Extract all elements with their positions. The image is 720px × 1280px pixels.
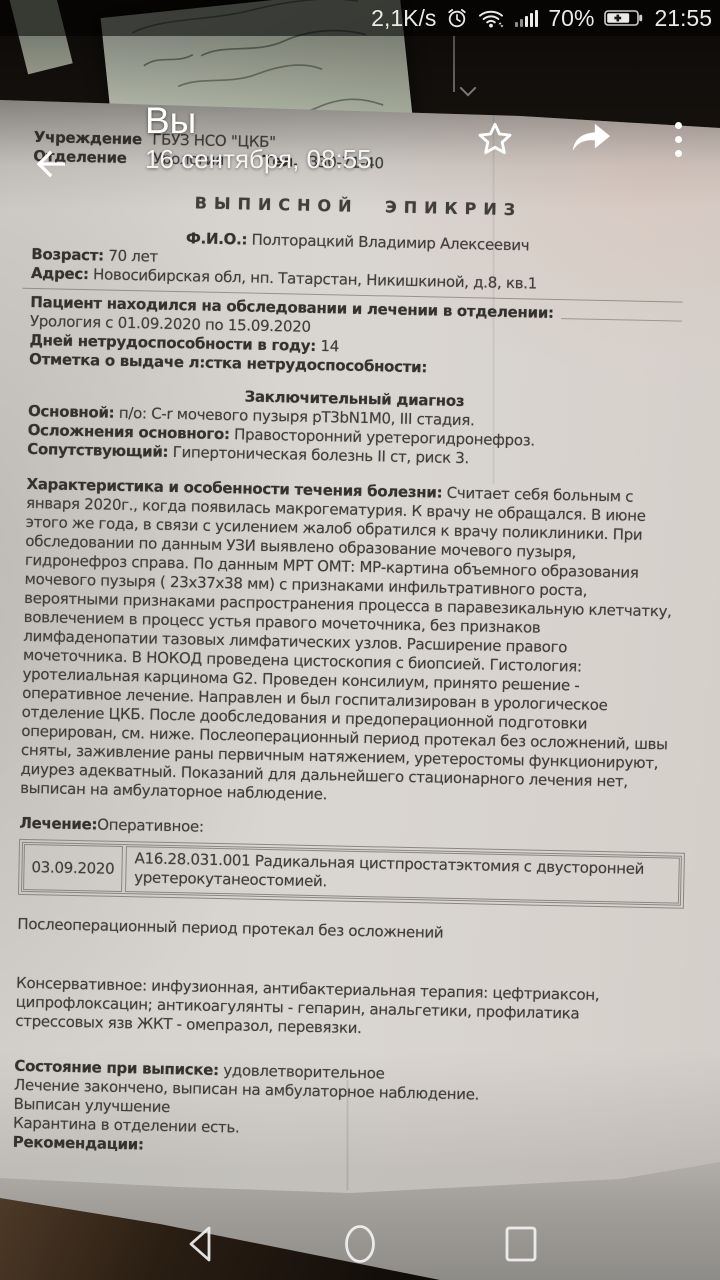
- photo-title: Вы: [145, 100, 196, 142]
- battery-charging-icon: [604, 8, 644, 28]
- document-paper: Учреждение ГБУЗ НСО "ЦКБ" Отделение Урол…: [0, 0, 720, 1280]
- course-paragraph: Характеристика и особенности течения бол…: [20, 475, 679, 812]
- disability-days-value: 14: [320, 337, 339, 355]
- operation-table: 03.09.2020 А16.28.031.001 Радикальная ци…: [18, 839, 685, 909]
- battery-percent: 70%: [548, 5, 594, 32]
- gallery-header: Вы 16 сентября, 08:55: [0, 36, 720, 166]
- network-speed: 2,1K/s: [371, 5, 436, 32]
- postop-note: Послеоперационный период протекал без ос…: [17, 915, 669, 948]
- clock-time: 21:55: [654, 5, 712, 32]
- back-triangle-icon: [182, 1223, 218, 1265]
- treatment-label: Лечение:: [19, 814, 97, 834]
- treatment-type: Оперативное:: [97, 815, 204, 835]
- operation-table-row: 03.09.2020 А16.28.031.001 Радикальная ци…: [21, 842, 682, 906]
- diagnosis-main-label: Основной:: [28, 402, 115, 422]
- share-button[interactable]: [570, 118, 612, 160]
- nav-back-button[interactable]: [176, 1218, 224, 1270]
- photo-date-subtitle: 16 сентября, 08:55: [145, 144, 372, 174]
- nav-recents-button[interactable]: [497, 1218, 545, 1270]
- age-value: 70 лет: [108, 247, 158, 266]
- home-circle-icon: [341, 1222, 379, 1266]
- status-bar: 2,1K/s 70%: [0, 0, 720, 36]
- address-label: Адрес:: [31, 264, 89, 283]
- favorite-button[interactable]: [474, 118, 516, 160]
- course-text: Считает себя больным с января 2020г., ко…: [20, 484, 672, 804]
- signal-strength-icon: [515, 9, 538, 27]
- age-label: Возраст:: [31, 245, 104, 265]
- fio-label: Ф.И.О.:: [186, 229, 248, 248]
- photo-viewer-canvas[interactable]: Учреждение ГБУЗ НСО "ЦКБ" Отделение Урол…: [0, 0, 720, 1280]
- discharge-summary-document: Учреждение ГБУЗ НСО "ЦКБ" Отделение Урол…: [10, 128, 686, 1273]
- ruled-line: [562, 318, 683, 322]
- back-button[interactable]: [30, 144, 74, 188]
- phone-screen: Учреждение ГБУЗ НСО "ЦКБ" Отделение Урол…: [0, 0, 720, 1280]
- wifi-icon: [478, 7, 505, 29]
- share-icon: [570, 120, 612, 158]
- conservative-treatment-paragraph: Консервативное: инфузионная, антибактери…: [15, 974, 668, 1045]
- more-options-icon: [675, 122, 682, 157]
- more-options-button[interactable]: [657, 118, 699, 160]
- recents-square-icon: [503, 1224, 539, 1264]
- operation-description-cell: А16.28.031.001 Радикальная цистпростатэк…: [125, 846, 680, 904]
- android-navigation-bar: [0, 1210, 720, 1280]
- discharge-state-value: удовлетворительное: [223, 1061, 385, 1082]
- document-title: ВЫПИСНОЙ ЭПИКРИЗ: [32, 190, 684, 223]
- diagnosis-concomitant-label: Сопутствующий:: [27, 440, 168, 461]
- alarm-icon: [446, 7, 468, 29]
- operation-date-cell: 03.09.2020: [23, 844, 123, 892]
- back-arrow-icon: [30, 144, 70, 184]
- nav-home-button[interactable]: [336, 1218, 384, 1270]
- star-icon: [475, 119, 515, 159]
